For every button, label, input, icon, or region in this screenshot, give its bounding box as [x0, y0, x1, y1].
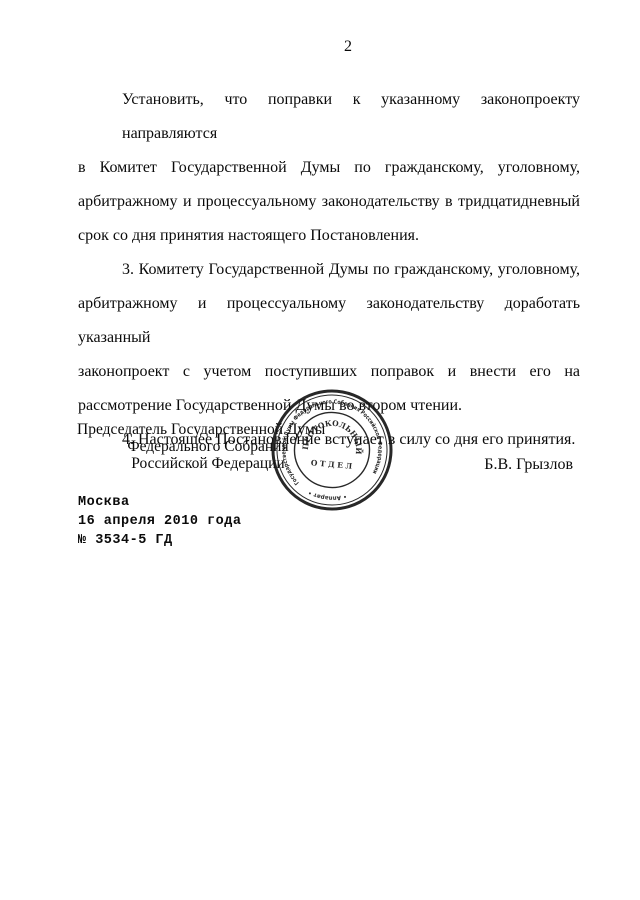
body-line: срок со дня принятия настоящего Постанов…	[78, 219, 580, 253]
body-line: законопроект с учетом поступивших поправ…	[78, 355, 580, 389]
body-line: арбитражному и процессуальному законодат…	[78, 185, 580, 219]
protocol-stamp: Государственной Думы Федерального Собран…	[265, 383, 399, 517]
stamp-ring-text: Государственной Думы Федерального Собран…	[278, 394, 387, 492]
body-line: Установить, что поправки к указанному за…	[78, 83, 580, 151]
signatory-name: Б.В. Грызлов	[484, 456, 573, 474]
footer-doc-number: № 3534-5 ГД	[78, 531, 241, 550]
page-number: 2	[97, 38, 599, 56]
stamp-department-text: ОТДЕЛ	[310, 458, 355, 471]
svg-text:• Аппарат •: • Аппарат •	[307, 489, 348, 502]
stamp-ring-bottom-text: • Аппарат •	[307, 489, 348, 502]
footer-date: 16 апреля 2010 года	[78, 512, 241, 531]
footer-city: Москва	[78, 493, 241, 512]
body-line: 3. Комитету Государственной Думы по граж…	[78, 253, 580, 287]
footer-block: Москва 16 апреля 2010 года № 3534-5 ГД	[78, 493, 241, 550]
body-line: арбитражному и процессуальному законодат…	[78, 287, 580, 355]
svg-text:Государственной Думы Федеральн: Государственной Думы Федерального Собран…	[278, 394, 387, 492]
document-page: 2 Установить, что поправки к указанному …	[0, 0, 640, 900]
body-line: в Комитет Государственной Думы по гражда…	[78, 151, 580, 185]
